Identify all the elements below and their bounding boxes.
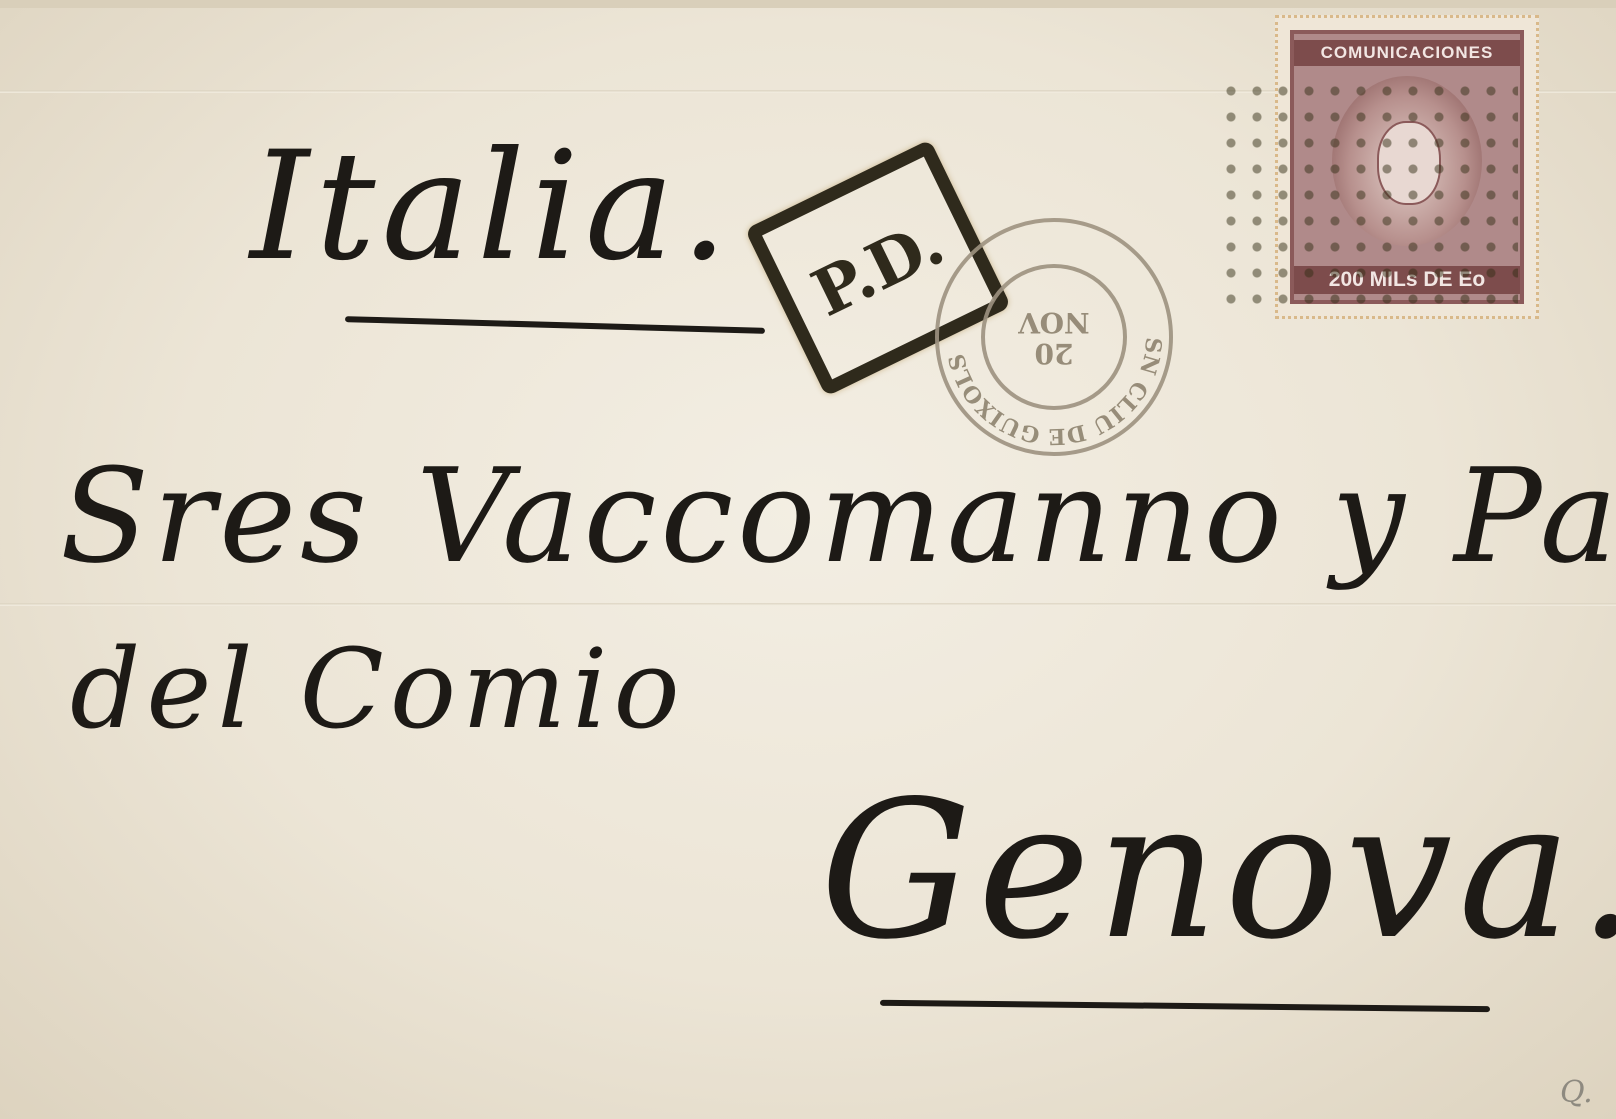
pencil-mark: Q.: [1560, 1075, 1593, 1110]
stamp-top-label: COMUNICACIONES: [1294, 40, 1520, 66]
fold-line: [0, 603, 1616, 606]
postage-stamp: COMUNICACIONES 200 MILs DE Eo: [1275, 15, 1539, 319]
underline: [880, 1000, 1490, 1012]
datestamp-day: 20: [1035, 337, 1074, 368]
addressee-line-1: Sres Vaccomanno y Palau: [60, 440, 1616, 592]
underline: [345, 316, 765, 334]
cancellation-mark: [1218, 78, 1518, 308]
destination-country: Italia.: [250, 120, 734, 294]
datestamp-month: NOV: [1018, 306, 1089, 337]
pd-handstamp-text: P.D.: [801, 205, 955, 332]
destination-city: Genova.: [820, 760, 1616, 981]
datestamp-date: 20 NOV: [981, 264, 1127, 410]
paper-edge: [0, 0, 1616, 8]
letter-cover: Italia. P.D. SN CLIU DE GUIXOLS 20 NOV C…: [0, 0, 1616, 1119]
datestamp: SN CLIU DE GUIXOLS 20 NOV: [935, 218, 1173, 456]
addressee-line-2: del Comio: [70, 625, 686, 753]
